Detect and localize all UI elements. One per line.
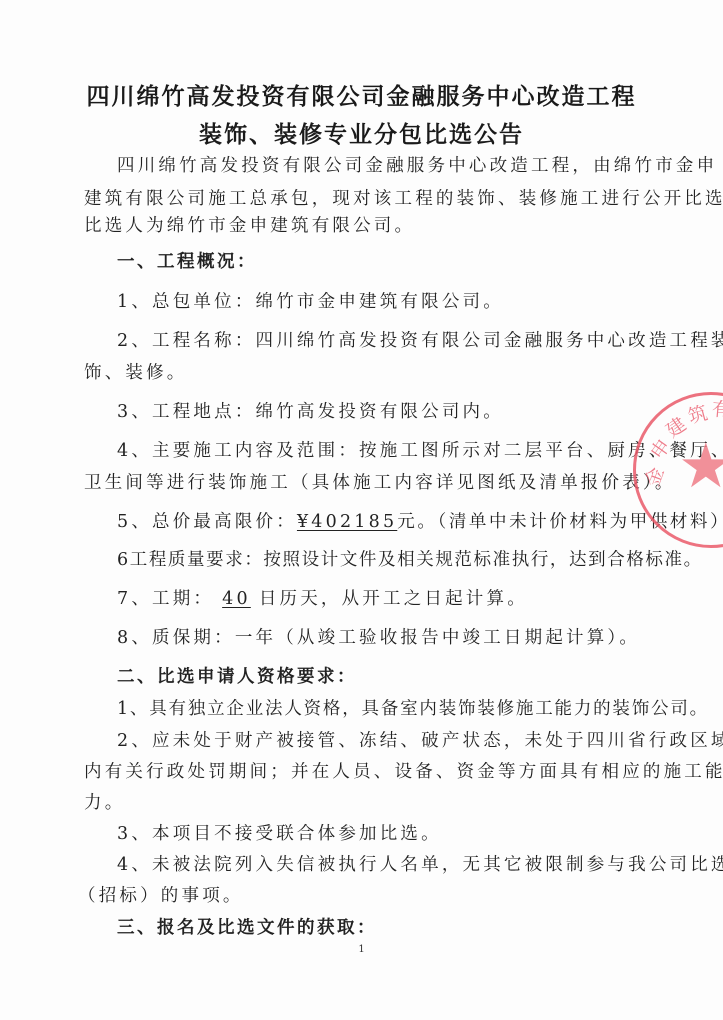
s1-item7: 7、工期：40日历天，从开工之日起计算。 bbox=[117, 587, 687, 611]
price-label: 5、总价最高限价： bbox=[117, 512, 297, 532]
section2-heading: 二、比选申请人资格要求： bbox=[117, 665, 687, 689]
intro-line-1: 四川绵竹高发投资有限公司金融服务中心改造工程，由绵竹市金申 bbox=[117, 154, 687, 178]
s1-item6: 6工程质量要求：按照设计文件及相关规范标准执行，达到合格标准。 bbox=[117, 548, 687, 572]
duration-days: 40 bbox=[214, 589, 259, 609]
seal-char: 金 bbox=[638, 463, 670, 490]
s2-item3: 3、本项目不接受联合体参加比选。 bbox=[117, 822, 687, 846]
s1-item8: 8、质保期：一年（从竣工验收报告中竣工日期起计算）。 bbox=[117, 626, 687, 650]
s2-item2-line3: 力。 bbox=[84, 791, 654, 815]
s2-item1: 1、具有独立企业法人资格，具备室内装饰装修施工能力的装饰公司。 bbox=[117, 697, 687, 721]
intro-line-2: 建筑有限公司施工总承包，现对该工程的装饰、装修施工进行公开比选， bbox=[84, 187, 654, 211]
seal-char: 筑 bbox=[685, 398, 710, 429]
seal-star-icon: ★ bbox=[678, 435, 723, 497]
s2-item2-line1: 2、应未处于财产被接管、冻结、破产状态，未处于四川省行政区域 bbox=[117, 729, 687, 753]
s1-item1: 1、总包单位：绵竹市金申建筑有限公司。 bbox=[117, 290, 687, 314]
s1-item5: 5、总价最高限价：¥402185元。（清单中未计价材料为甲供材料） bbox=[117, 510, 687, 534]
intro-line-3: 比选人为绵竹市金申建筑有限公司。 bbox=[84, 214, 654, 238]
page-number: 1 bbox=[0, 944, 723, 955]
duration-label: 7、工期： bbox=[117, 589, 214, 609]
seal-char: 有 bbox=[711, 394, 723, 423]
s1-item2-line1: 2、工程名称：四川绵竹高发投资有限公司金融服务中心改造工程装 bbox=[117, 329, 687, 353]
document-title-line2: 装饰、装修专业分包比选公告 bbox=[0, 116, 723, 149]
s2-item2-line2: 内有关行政处罚期间；并在人员、设备、资金等方面具有相应的施工能 bbox=[84, 760, 654, 784]
duration-suffix: 日历天，从开工之日起计算。 bbox=[259, 589, 528, 609]
price-amount: ¥402185 bbox=[297, 512, 397, 532]
s2-item4-line2: （招标）的事项。 bbox=[78, 884, 648, 908]
s1-item4-line1: 4、主要施工内容及范围：按施工图所示对二层平台、厨房、餐厅、 bbox=[117, 439, 687, 463]
s2-item4-line1: 4、未被法院列入失信被执行人名单，无其它被限制参与我公司比选 bbox=[117, 853, 687, 877]
s1-item4-line2: 卫生间等进行装饰施工（具体施工内容详见图纸及清单报价表）。 bbox=[84, 471, 654, 495]
s1-item2-line2: 饰、装修。 bbox=[84, 361, 654, 385]
s1-item3: 3、工程地点：绵竹高发投资有限公司内。 bbox=[117, 400, 687, 424]
section3-heading: 三、报名及比选文件的获取： bbox=[117, 916, 687, 940]
document-page: 四川绵竹高发投资有限公司金融服务中心改造工程 装饰、装修专业分包比选公告 四川绵… bbox=[0, 0, 723, 1020]
document-title-line1: 四川绵竹高发投资有限公司金融服务中心改造工程 bbox=[0, 78, 723, 111]
section1-heading: 一、工程概况： bbox=[117, 250, 687, 274]
